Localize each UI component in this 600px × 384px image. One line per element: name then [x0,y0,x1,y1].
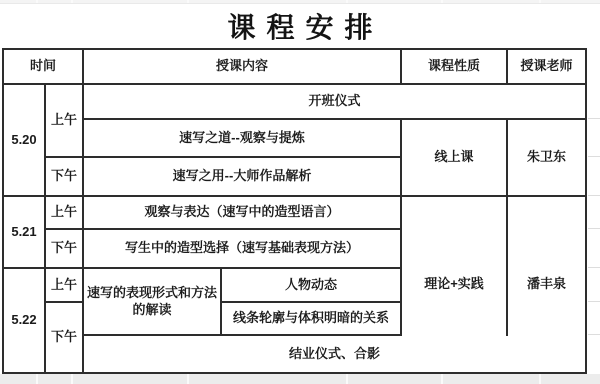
grid-vline [539,0,541,3]
grid-vline [36,374,38,384]
grid-vline [71,374,73,384]
day1-nature: 线上课 [402,120,506,195]
grid-vline [346,374,348,384]
grid-vline [539,374,541,384]
day2-pm-label: 下午 [46,230,82,267]
day2-am-label: 上午 [46,197,82,228]
sheet-right-gridlines [587,48,600,374]
grid-hline [588,118,600,119]
header-time: 时间 [4,50,82,83]
day1-am-course: 速写之道--观察与提炼 [84,120,400,156]
grid-hline [588,195,600,196]
day1-am-label: 上午 [46,85,82,156]
day3-figure-course: 人物动态 [222,269,400,301]
header-teacher: 授课老师 [508,50,585,83]
day3-line-course: 线条轮廓与体积明暗的关系 [222,303,400,334]
grid-hline [588,228,600,229]
grid-vline [187,374,189,384]
grid-vline [187,0,189,3]
day3-pm-label: 下午 [46,303,82,372]
spreadsheet-canvas: 课程安排 时间 授课内容 课程性质 授课老师 5.20 上午 开班仪式 速写之道… [0,0,600,384]
day1-date: 5.20 [4,85,44,195]
grid-vline [71,0,73,3]
day3-am-label: 上午 [46,269,82,301]
title-bar: 课程安排 [0,4,600,48]
day2-pm-course: 写生中的造型选择（速写基础表现方法） [84,230,400,267]
day1-opening-ceremony: 开班仪式 [84,85,585,118]
grid-vline [441,0,443,3]
day2-date: 5.21 [4,197,44,267]
grid-hline [588,301,600,302]
grid-hline [588,267,600,268]
header-content: 授课内容 [84,50,400,83]
grid-hline [588,156,600,157]
grid-vline [346,0,348,3]
grid-vline [441,374,443,384]
day2-am-course: 观察与表达（速写中的造型语言） [84,197,400,228]
page-title: 课程安排 [216,6,383,46]
grid-vline [36,0,38,3]
sheet-bottom-row [0,374,600,384]
day1-teacher: 朱卫东 [508,120,585,195]
day3-closing-ceremony: 结业仪式、合影 [84,336,585,372]
day3-method-course: 速写的表现形式和方法的解读 [84,269,220,334]
schedule-table: 时间 授课内容 课程性质 授课老师 5.20 上午 开班仪式 速写之道--观察与… [2,48,587,374]
day3-date: 5.22 [4,269,44,372]
day1-pm-label: 下午 [46,158,82,195]
day1-pm-course: 速写之用--大师作品解析 [84,158,400,195]
header-nature: 课程性质 [402,50,506,83]
grid-hline [588,334,600,335]
